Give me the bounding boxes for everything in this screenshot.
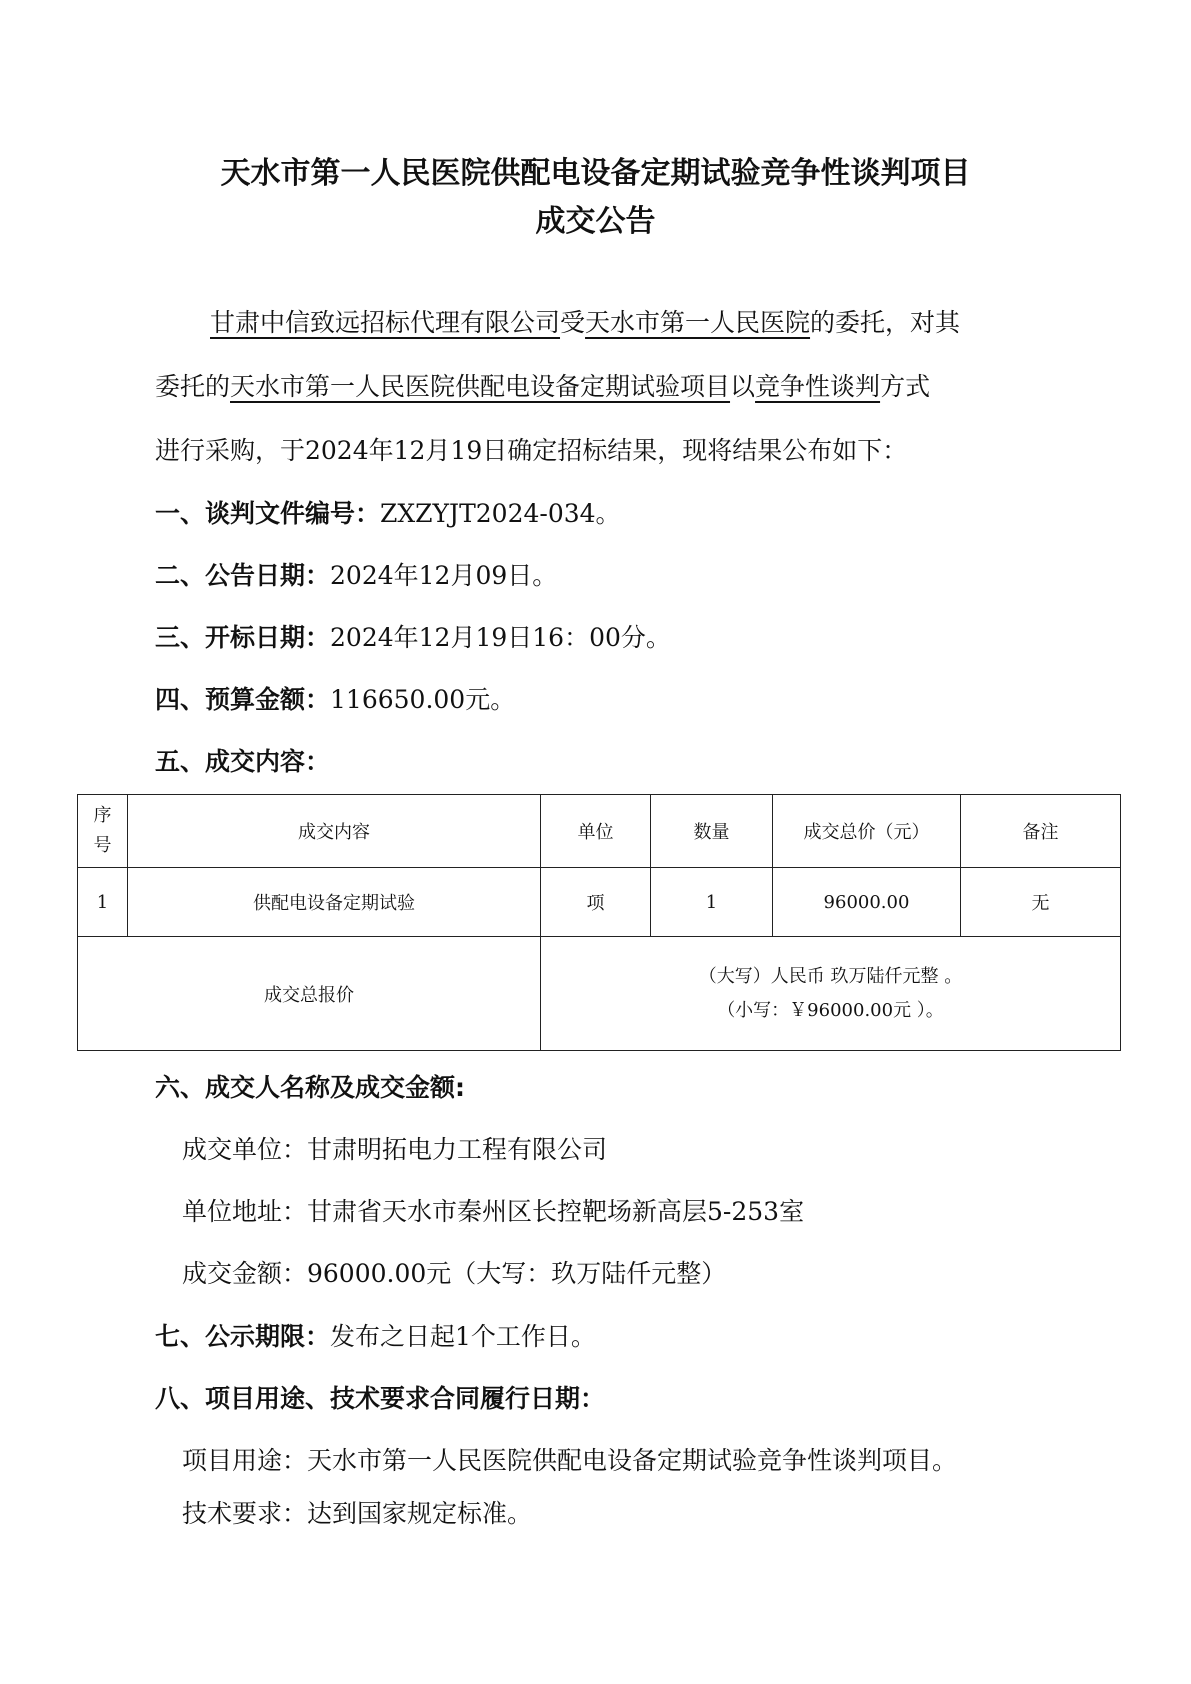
intro-text: 受 xyxy=(560,308,585,337)
section-value: 116650.00元。 xyxy=(330,685,515,714)
section-doc-number: 一、谈判文件编号：ZXZYJT2024-034。 xyxy=(155,497,621,531)
procurement-method: 竞争性谈判 xyxy=(755,372,880,401)
section-value: ZXZYJT2024-034。 xyxy=(380,499,621,528)
summary-upper: （大写）人民币 玖万陆仟元整 。 xyxy=(541,960,1120,994)
table-header-row: 序 号 成交内容 单位 数量 成交总价（元） 备注 xyxy=(78,795,1121,868)
intro-text: 以 xyxy=(730,372,755,401)
cell-seq: 1 xyxy=(78,868,128,937)
section-winner: 六、成交人名称及成交金额: xyxy=(155,1071,465,1105)
section-publicity-period: 七、公示期限：发布之日起1个工作日。 xyxy=(155,1320,596,1354)
header-note: 备注 xyxy=(961,795,1121,868)
section-label: 三、开标日期： xyxy=(155,623,330,652)
section-project-usage: 八、项目用途、技术要求合同履行日期： xyxy=(155,1382,605,1416)
section-announce-date: 二、公告日期：2024年12月09日。 xyxy=(155,559,557,593)
table-row: 1 供配电设备定期试验 项 1 96000.00 无 xyxy=(78,868,1121,937)
header-unit: 单位 xyxy=(541,795,651,868)
intro-text: 委托的 xyxy=(155,372,230,401)
section-label: 八、项目用途、技术要求合同履行日期： xyxy=(155,1384,605,1413)
section-label: 一、谈判文件编号： xyxy=(155,499,380,528)
section-deal-content: 五、成交内容： xyxy=(155,745,330,779)
agency-name: 甘肃中信致远招标代理有限公司 xyxy=(210,308,560,337)
section-label: 五、成交内容： xyxy=(155,747,330,776)
page-title: 天水市第一人民医院供配电设备定期试验竞争性谈判项目 xyxy=(0,148,1191,192)
project-name: 天水市第一人民医院供配电设备定期试验项目 xyxy=(230,372,730,401)
section-label: 七、公示期限： xyxy=(155,1322,330,1351)
section-value: 发布之日起1个工作日。 xyxy=(330,1322,596,1351)
summary-lower: （小写：￥96000.00元 ）。 xyxy=(541,994,1120,1028)
project-usage: 项目用途：天水市第一人民医院供配电设备定期试验竞争性谈判项目。 xyxy=(182,1444,957,1478)
header-seq: 序 号 xyxy=(78,795,128,868)
intro-line-2: 委托的天水市第一人民医院供配电设备定期试验项目以竞争性谈判方式 xyxy=(155,370,930,404)
section-label: 四、预算金额： xyxy=(155,685,330,714)
client-name: 天水市第一人民医院 xyxy=(585,308,810,337)
winner-company: 成交单位：甘肃明拓电力工程有限公司 xyxy=(182,1133,607,1167)
intro-text: 的委托，对其 xyxy=(810,308,960,337)
cell-total: 96000.00 xyxy=(773,868,961,937)
tech-requirement: 技术要求：达到国家规定标准。 xyxy=(182,1497,532,1531)
header-qty: 数量 xyxy=(651,795,773,868)
cell-note: 无 xyxy=(961,868,1121,937)
header-seq-top: 序 xyxy=(78,801,127,831)
cell-unit: 项 xyxy=(541,868,651,937)
section-label: 二、公告日期： xyxy=(155,561,330,590)
cell-content: 供配电设备定期试验 xyxy=(128,868,541,937)
section-open-date: 三、开标日期：2024年12月19日16：00分。 xyxy=(155,621,671,655)
page-subtitle: 成交公告 xyxy=(0,196,1191,240)
cell-qty: 1 xyxy=(651,868,773,937)
winner-amount: 成交金额：96000.00元（大写：玖万陆仟元整） xyxy=(182,1257,726,1291)
deal-table: 序 号 成交内容 单位 数量 成交总价（元） 备注 1 供配电设备定期试验 项 … xyxy=(77,794,1121,1051)
section-value: 2024年12月09日。 xyxy=(330,561,557,590)
section-budget: 四、预算金额：116650.00元。 xyxy=(155,683,515,717)
summary-label: 成交总报价 xyxy=(78,937,541,1051)
intro-text: 方式 xyxy=(880,372,930,401)
table-summary-row: 成交总报价 （大写）人民币 玖万陆仟元整 。 （小写：￥96000.00元 ）。 xyxy=(78,937,1121,1051)
header-seq-bottom: 号 xyxy=(78,831,127,861)
section-value: 2024年12月19日16：00分。 xyxy=(330,623,671,652)
section-label: 六、成交人名称及成交金额: xyxy=(155,1073,465,1102)
summary-amount: （大写）人民币 玖万陆仟元整 。 （小写：￥96000.00元 ）。 xyxy=(541,937,1121,1051)
header-total: 成交总价（元） xyxy=(773,795,961,868)
intro-line-3: 进行采购，于2024年12月19日确定招标结果，现将结果公布如下： xyxy=(155,434,907,468)
header-content: 成交内容 xyxy=(128,795,541,868)
intro-line-1: 甘肃中信致远招标代理有限公司受天水市第一人民医院的委托，对其 xyxy=(210,306,960,340)
winner-address: 单位地址：甘肃省天水市秦州区长控靶场新高层5-253室 xyxy=(182,1195,804,1229)
